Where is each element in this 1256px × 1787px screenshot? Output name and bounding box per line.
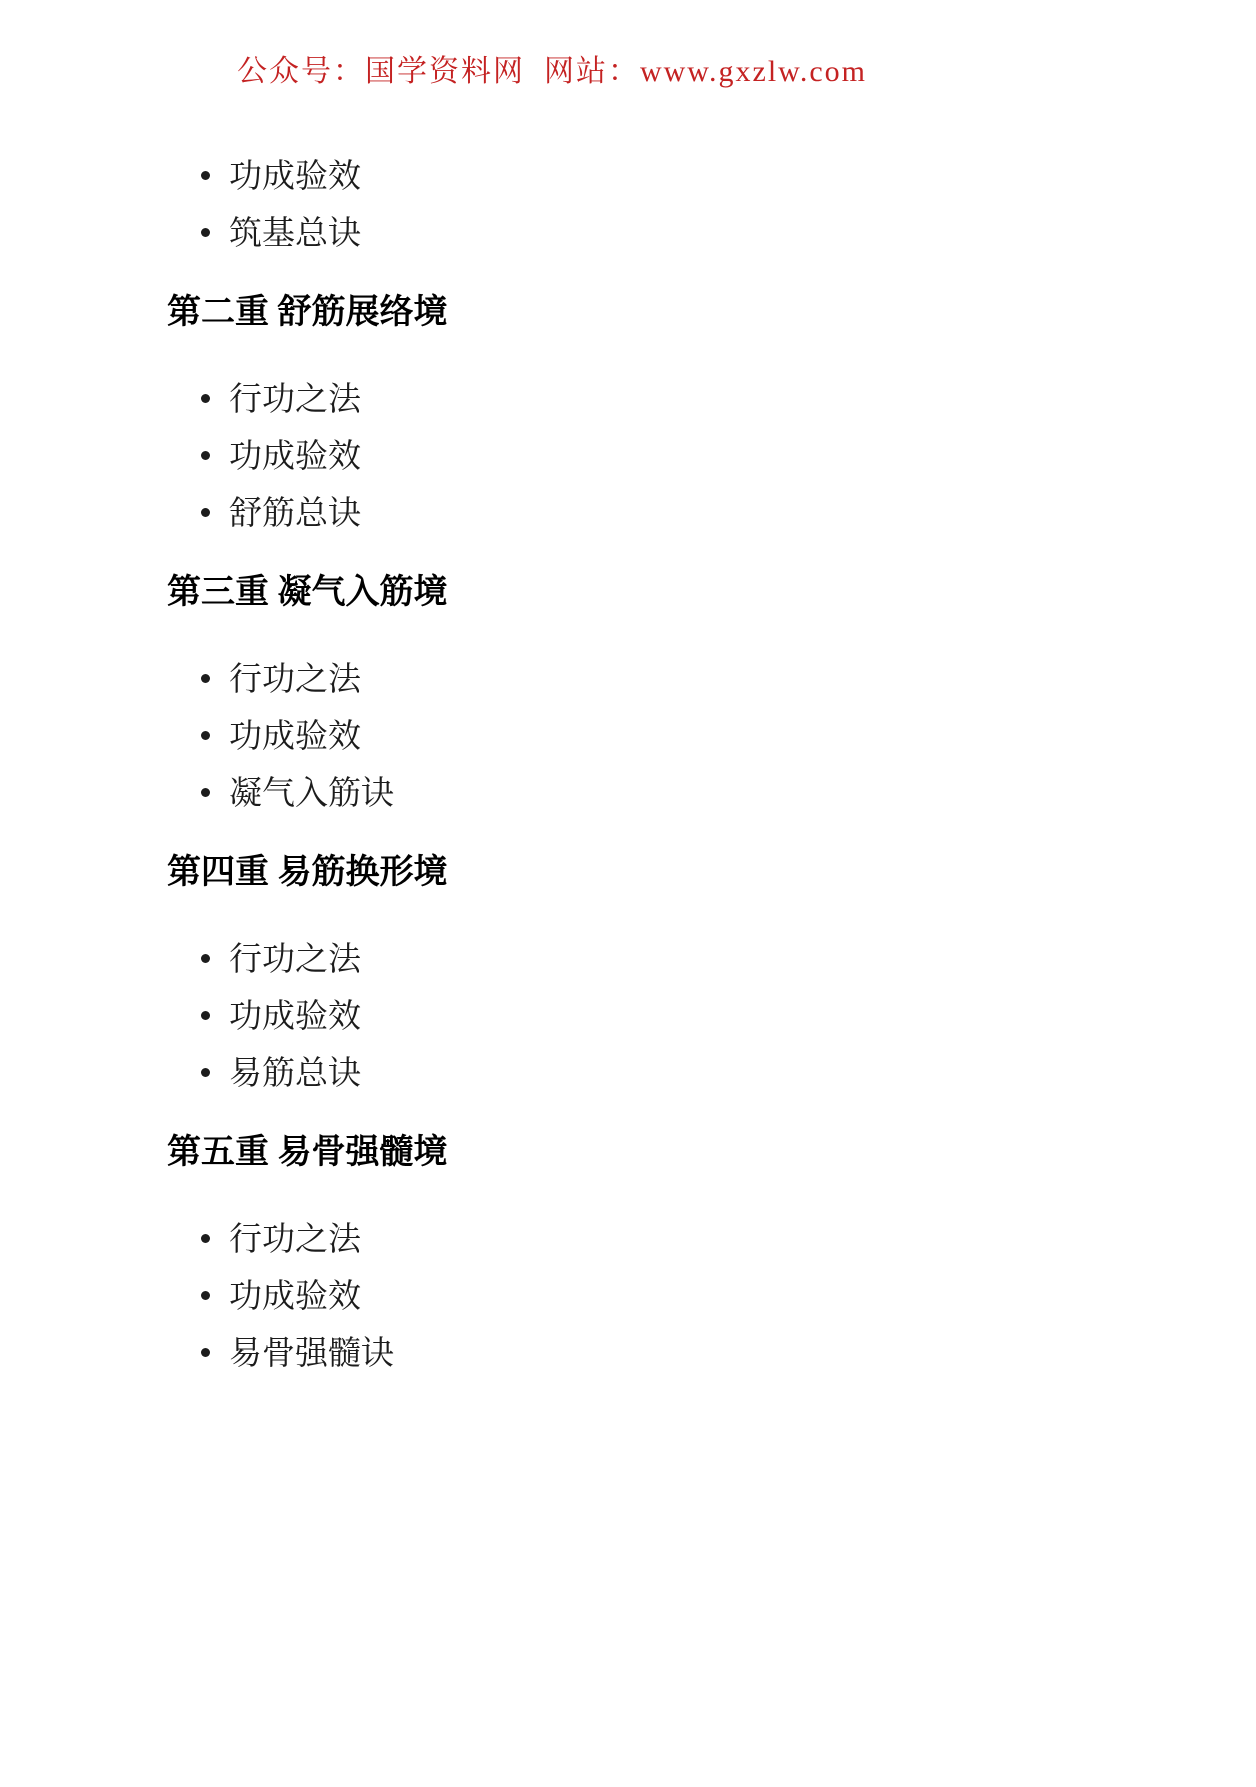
bullet-icon [201, 394, 210, 403]
section-heading-5: 第五重 易骨强髓境 [167, 1124, 1256, 1181]
list-item: 功成验效 [201, 985, 1256, 1042]
list-item-text: 舒筋总诀 [229, 487, 361, 534]
section-2-bullet-list: 行功之法 功成验效 舒筋总诀 [167, 368, 1256, 539]
bullet-icon [201, 788, 210, 797]
list-item-text: 行功之法 [229, 373, 361, 420]
bullet-icon [201, 1234, 210, 1243]
list-item: 功成验效 [201, 705, 1256, 762]
bullet-icon [201, 674, 210, 683]
bullet-icon [201, 1291, 210, 1300]
section-heading-2: 第二重 舒筋展络境 [167, 284, 1256, 341]
list-item: 舒筋总诀 [201, 482, 1256, 539]
list-item-text: 易筋总诀 [229, 1047, 361, 1094]
document-content: 功成验效 筑基总诀 第二重 舒筋展络境 行功之法 功成验效 舒筋总诀 第三重 凝… [0, 90, 1256, 1379]
list-item-text: 易骨强髓诀 [229, 1327, 394, 1374]
section-heading-3: 第三重 凝气入筋境 [167, 564, 1256, 621]
list-item-text: 功成验效 [229, 150, 361, 197]
intro-bullet-list: 功成验效 筑基总诀 [167, 145, 1256, 259]
section-3-bullet-list: 行功之法 功成验效 凝气入筋诀 [167, 648, 1256, 819]
bullet-icon [201, 1348, 210, 1357]
bullet-icon [201, 1011, 210, 1020]
list-item: 行功之法 [201, 928, 1256, 985]
page-header: 公众号：国学资料网 网站：www.gxzlw.com [0, 0, 1256, 90]
list-item: 易骨强髓诀 [201, 1322, 1256, 1379]
list-item: 功成验效 [201, 145, 1256, 202]
list-item-text: 行功之法 [229, 653, 361, 700]
list-item-text: 功成验效 [229, 1270, 361, 1317]
bullet-icon [201, 954, 210, 963]
bullet-icon [201, 228, 210, 237]
section-4-bullet-list: 行功之法 功成验效 易筋总诀 [167, 928, 1256, 1099]
list-item: 凝气入筋诀 [201, 762, 1256, 819]
list-item-text: 筑基总诀 [229, 207, 361, 254]
section-5-bullet-list: 行功之法 功成验效 易骨强髓诀 [167, 1208, 1256, 1379]
list-item: 行功之法 [201, 368, 1256, 425]
bullet-icon [201, 731, 210, 740]
list-item-text: 行功之法 [229, 1213, 361, 1260]
bullet-icon [201, 451, 210, 460]
bullet-icon [201, 508, 210, 517]
list-item-text: 行功之法 [229, 933, 361, 980]
list-item: 筑基总诀 [201, 202, 1256, 259]
list-item: 功成验效 [201, 425, 1256, 482]
list-item-text: 功成验效 [229, 710, 361, 757]
section-heading-4: 第四重 易筋换形境 [167, 844, 1256, 901]
list-item: 易筋总诀 [201, 1042, 1256, 1099]
bullet-icon [201, 171, 210, 180]
list-item: 功成验效 [201, 1265, 1256, 1322]
list-item-text: 功成验效 [229, 990, 361, 1037]
list-item: 行功之法 [201, 648, 1256, 705]
bullet-icon [201, 1068, 210, 1077]
document-page: 公众号：国学资料网 网站：www.gxzlw.com 功成验效 筑基总诀 第二重… [0, 0, 1256, 1787]
list-item: 行功之法 [201, 1208, 1256, 1265]
list-item-text: 凝气入筋诀 [229, 767, 394, 814]
list-item-text: 功成验效 [229, 430, 361, 477]
